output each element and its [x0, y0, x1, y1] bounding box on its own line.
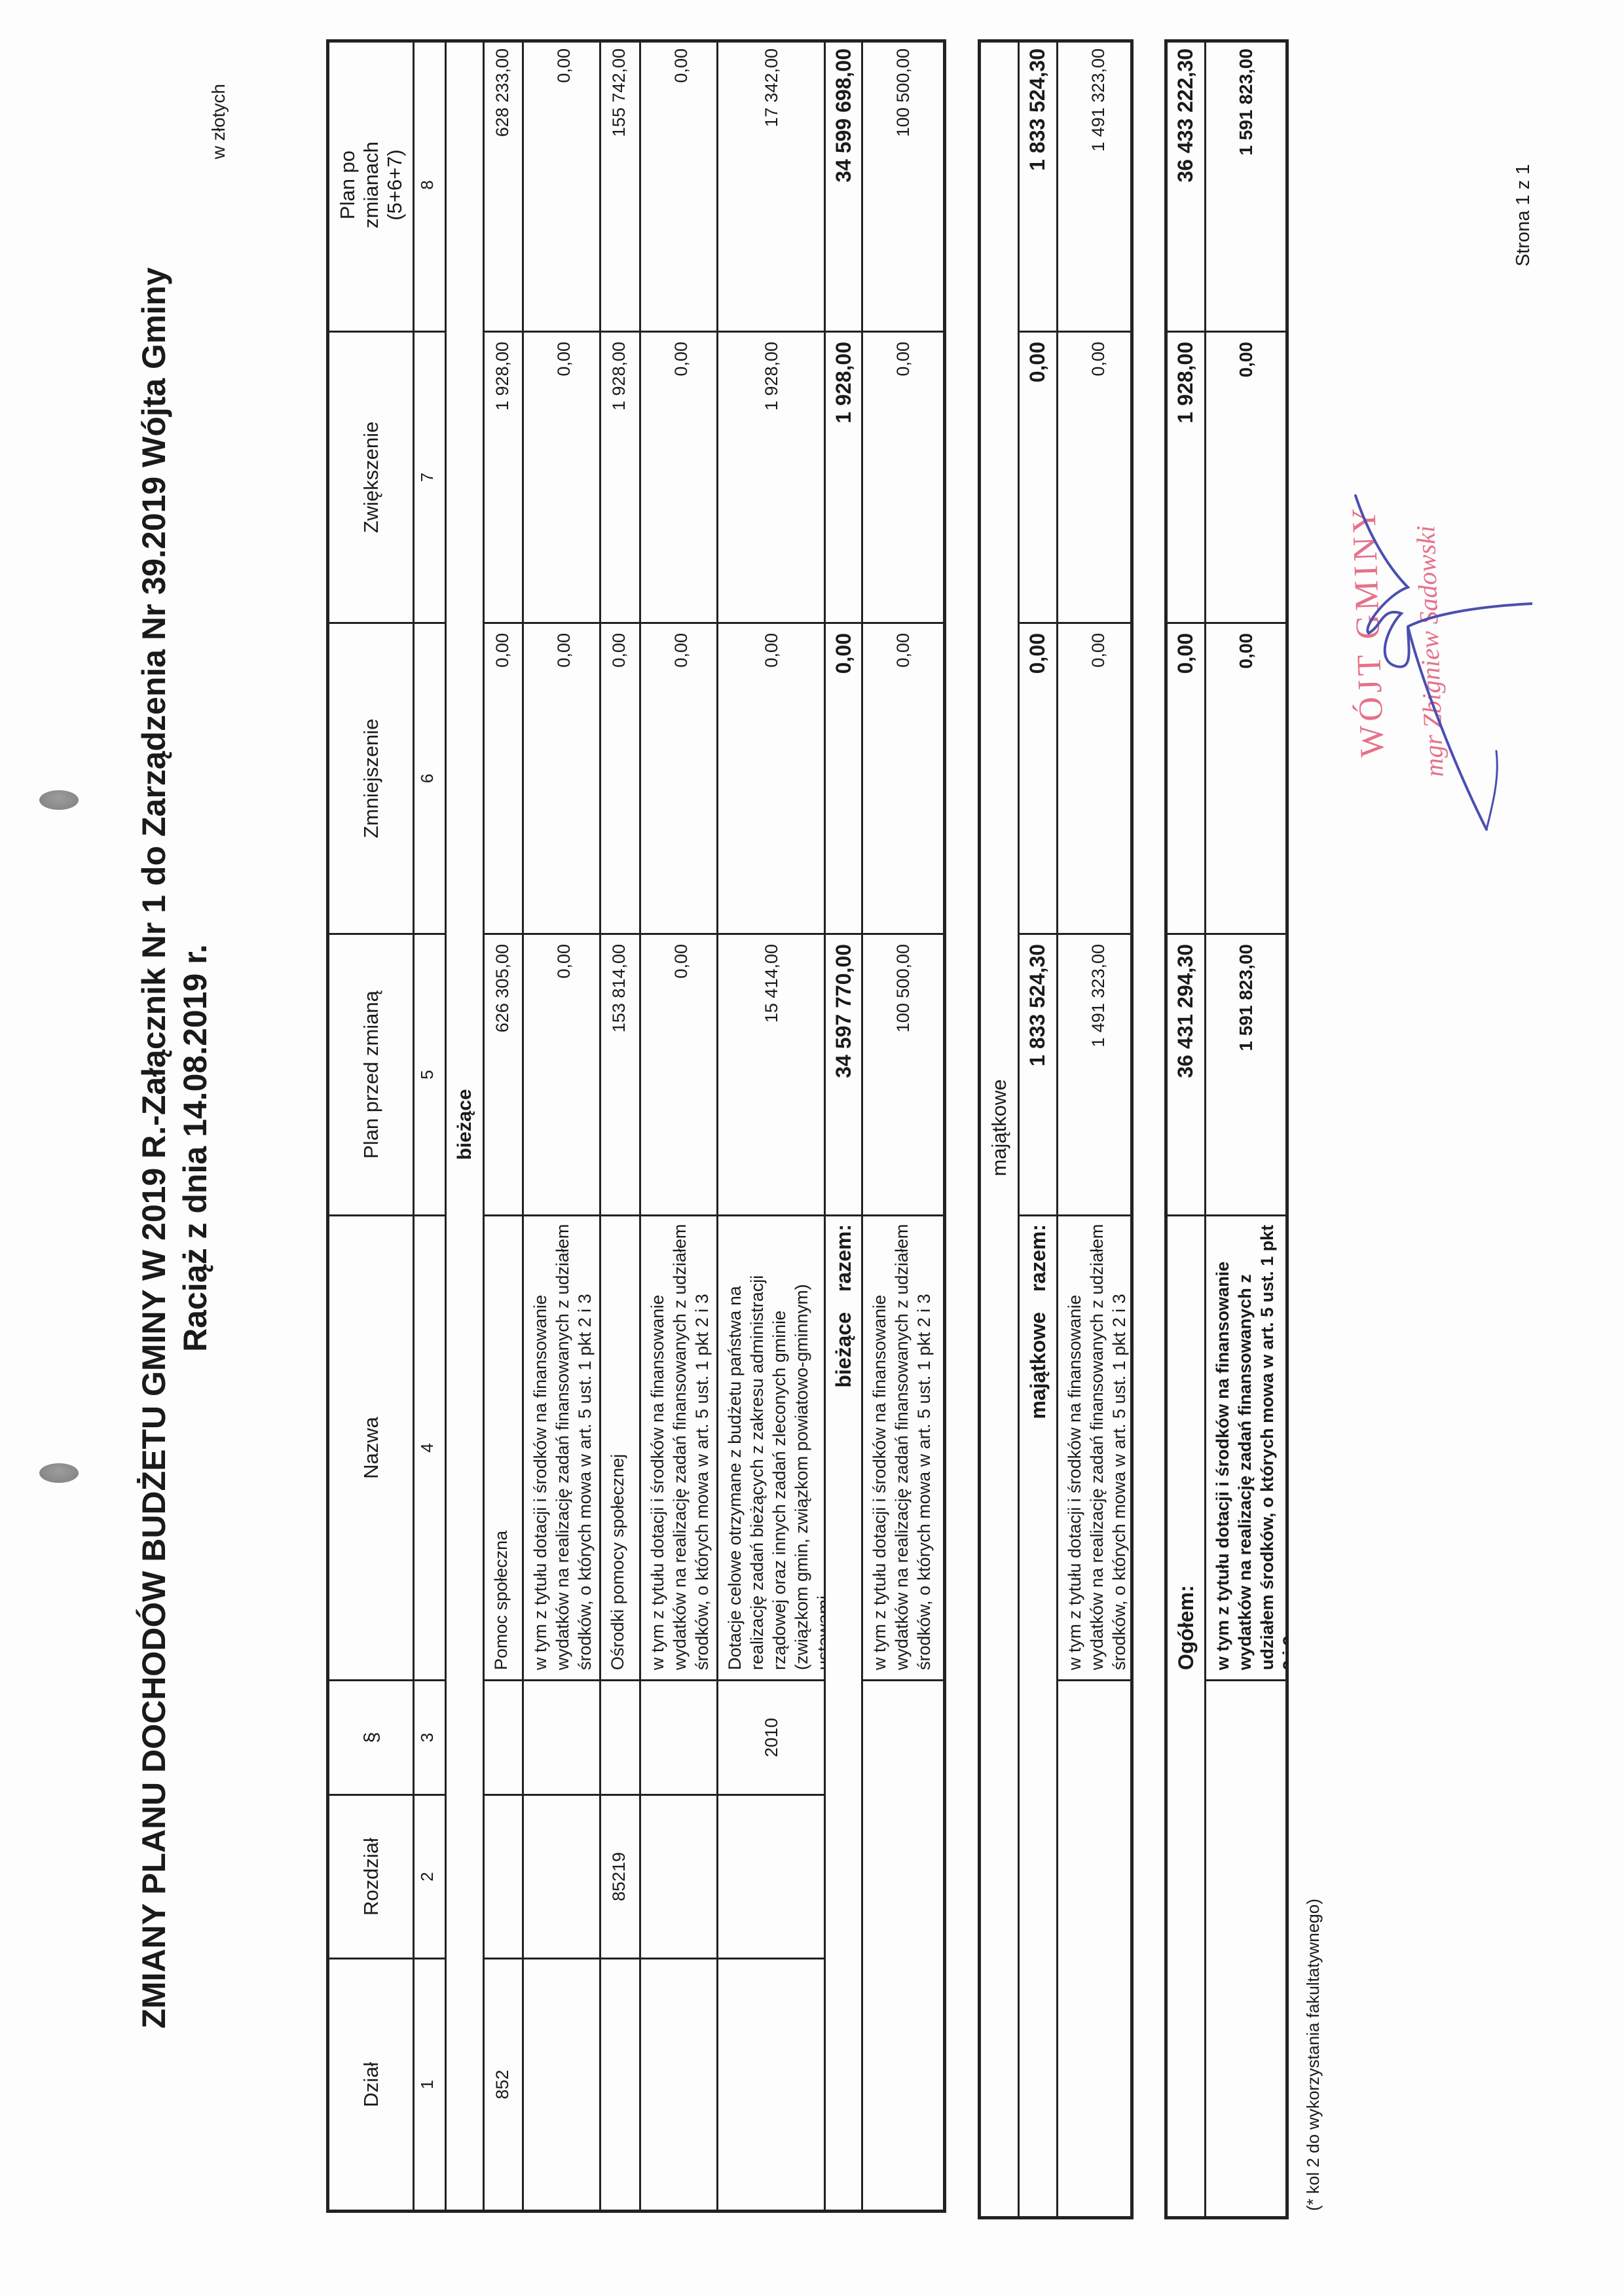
cell-plan-po: 155 742,00 — [601, 39, 641, 331]
cell-dzial — [601, 1958, 641, 2210]
cell-plan-przed: 0,00 — [641, 933, 718, 1214]
colnum-7: 7 — [415, 331, 447, 622]
wtym-nazwa-biezace: w tym z tytułu dotacji i środków na fina… — [863, 1214, 946, 1679]
cell-plan-przed: 626 305,00 — [485, 933, 524, 1214]
cell-zwiekszenie: 0,00 — [524, 331, 601, 622]
section-label-majatkowe: majątkowe — [981, 39, 1020, 2216]
wtym-plan-przed: 1 491 323,00 — [1058, 933, 1134, 1214]
cell-zwiekszenie: 1 928,00 — [485, 331, 524, 622]
colnum-2: 2 — [415, 1794, 447, 1958]
total-zmniejszenie: 0,00 — [826, 622, 863, 933]
total-zwiekszenie: 1 928,00 — [1168, 331, 1206, 622]
total-plan-przed: 34 597 770,00 — [826, 933, 863, 1214]
total-zmniejszenie: 0,00 — [1168, 622, 1206, 933]
cell-empty — [863, 1679, 946, 2210]
total-label-majatkowe: majątkowe razem: — [1020, 1214, 1058, 1679]
wtym-plan-po: 1 591 823,00 — [1206, 39, 1289, 331]
cell-nazwa: Dotacje celowe otrzymane z budżetu państ… — [718, 1214, 826, 1679]
cell-empty — [826, 1679, 863, 2210]
cell-zwiekszenie: 1 928,00 — [601, 331, 641, 622]
cell-plan-przed: 153 814,00 — [601, 933, 641, 1214]
wtym-zwiekszenie: 0,00 — [1206, 331, 1289, 622]
wtym-nazwa-majatkowe: w tym z tytułu dotacji i środków na fina… — [1058, 1214, 1134, 1679]
cell-paragraf — [485, 1679, 524, 1794]
cell-plan-po: 0,00 — [524, 39, 601, 331]
cell-plan-po: 628 233,00 — [485, 39, 524, 331]
cell-paragraf — [641, 1679, 718, 1794]
signature-icon — [1336, 476, 1532, 843]
total-plan-przed: 36 431 294,30 — [1168, 933, 1206, 1214]
wtym-zmniejszenie: 0,00 — [1058, 622, 1134, 933]
cell-zmniejszenie: 0,00 — [718, 622, 826, 933]
cell-paragraf — [524, 1679, 601, 1794]
unit-label: w złotych — [208, 84, 229, 159]
cell-nazwa: w tym z tytułu dotacji i środków na fina… — [524, 1214, 601, 1679]
section-label-biezace: bieżące — [447, 39, 485, 2210]
cell-zmniejszenie: 0,00 — [601, 622, 641, 933]
cell-dzial — [718, 1958, 826, 2210]
cell-zwiekszenie: 1 928,00 — [718, 331, 826, 622]
colnum-4: 4 — [415, 1214, 447, 1679]
wtym-zwiekszenie: 0,00 — [1058, 331, 1134, 622]
header-plan-przed: Plan przed zmianą — [329, 933, 415, 1214]
cell-empty — [1058, 1679, 1134, 2216]
cell-dzial: 852 — [485, 1958, 524, 2210]
total-plan-po: 36 433 222,30 — [1168, 39, 1206, 331]
total-label-ogolem: Ogółem: — [1168, 1214, 1206, 1679]
cell-plan-po: 0,00 — [641, 39, 718, 331]
footnote: (* kol 2 do wykorzystania fakultatywnego… — [1303, 1899, 1323, 2211]
page-number: Strona 1 z 1 — [1513, 164, 1534, 266]
wtym-nazwa-ogolem: w tym z tytułu dotacji i środków na fina… — [1206, 1214, 1289, 1679]
cell-plan-przed: 15 414,00 — [718, 933, 826, 1214]
wtym-plan-przed: 100 500,00 — [863, 933, 946, 1214]
cell-rozdzial — [485, 1794, 524, 1958]
document-page: ZMIANY PLANU DOCHODÓW BUDŻETU GMINY W 20… — [0, 0, 1624, 2296]
cell-paragraf — [601, 1679, 641, 1794]
total-plan-przed: 1 833 524,30 — [1020, 933, 1058, 1214]
colnum-6: 6 — [415, 622, 447, 933]
table-majatkowe: majątkowe majątkowe razem: 1 833 524,30 … — [978, 39, 1134, 2219]
total-label-biezace: bieżące razem: — [826, 1214, 863, 1679]
cell-rozdzial: 85219 — [601, 1794, 641, 1958]
wtym-zmniejszenie: 0,00 — [1206, 622, 1289, 933]
total-plan-po: 1 833 524,30 — [1020, 39, 1058, 331]
cell-empty — [1020, 1679, 1058, 2216]
cell-paragraf: 2010 — [718, 1679, 826, 1794]
cell-plan-przed: 0,00 — [524, 933, 601, 1214]
cell-dzial — [524, 1958, 601, 2210]
cell-empty — [1168, 1679, 1206, 2216]
header-plan-po: Plan po zmianach (5+6+7) — [329, 39, 415, 331]
hole-punch-icon — [39, 790, 79, 810]
cell-nazwa: Ośrodki pomocy społecznej — [601, 1214, 641, 1679]
wtym-zwiekszenie: 0,00 — [863, 331, 946, 622]
colnum-8: 8 — [415, 39, 447, 331]
total-zmniejszenie: 0,00 — [1020, 622, 1058, 933]
table-biezace: Dział Rozdział § Nazwa Plan przed zmianą… — [326, 39, 946, 2213]
wtym-plan-po: 1 491 323,00 — [1058, 39, 1134, 331]
wtym-zmniejszenie: 0,00 — [863, 622, 946, 933]
cell-nazwa: w tym z tytułu dotacji i środków na fina… — [641, 1214, 718, 1679]
document-subtitle: Raciąż z dnia 14.08.2019 r. — [175, 0, 215, 2296]
colnum-5: 5 — [415, 933, 447, 1214]
header-zmniejszenie: Zmniejszenie — [329, 622, 415, 933]
header-dzial: Dział — [329, 1958, 415, 2210]
total-plan-po: 34 599 698,00 — [826, 39, 863, 331]
document-title: ZMIANY PLANU DOCHODÓW BUDŻETU GMINY W 20… — [134, 0, 174, 2296]
colnum-1: 1 — [415, 1958, 447, 2210]
cell-rozdzial — [524, 1794, 601, 1958]
total-zwiekszenie: 1 928,00 — [826, 331, 863, 622]
header-paragraf: § — [329, 1679, 415, 1794]
wtym-plan-przed: 1 591 823,00 — [1206, 933, 1289, 1214]
cell-zmniejszenie: 0,00 — [641, 622, 718, 933]
hole-punch-icon — [39, 1463, 79, 1483]
cell-empty — [1206, 1679, 1289, 2216]
cell-rozdzial — [641, 1794, 718, 1958]
cell-zwiekszenie: 0,00 — [641, 331, 718, 622]
cell-nazwa: Pomoc społeczna — [485, 1214, 524, 1679]
header-rozdzial: Rozdział — [329, 1794, 415, 1958]
wtym-plan-po: 100 500,00 — [863, 39, 946, 331]
cell-plan-po: 17 342,00 — [718, 39, 826, 331]
cell-zmniejszenie: 0,00 — [485, 622, 524, 933]
header-zwiekszenie: Zwiększenie — [329, 331, 415, 622]
colnum-3: 3 — [415, 1679, 447, 1794]
cell-dzial — [641, 1958, 718, 2210]
table-ogolem: Ogółem: 36 431 294,30 0,00 1 928,00 36 4… — [1164, 39, 1289, 2219]
total-zwiekszenie: 0,00 — [1020, 331, 1058, 622]
cell-zmniejszenie: 0,00 — [524, 622, 601, 933]
header-nazwa: Nazwa — [329, 1214, 415, 1679]
cell-rozdzial — [718, 1794, 826, 1958]
